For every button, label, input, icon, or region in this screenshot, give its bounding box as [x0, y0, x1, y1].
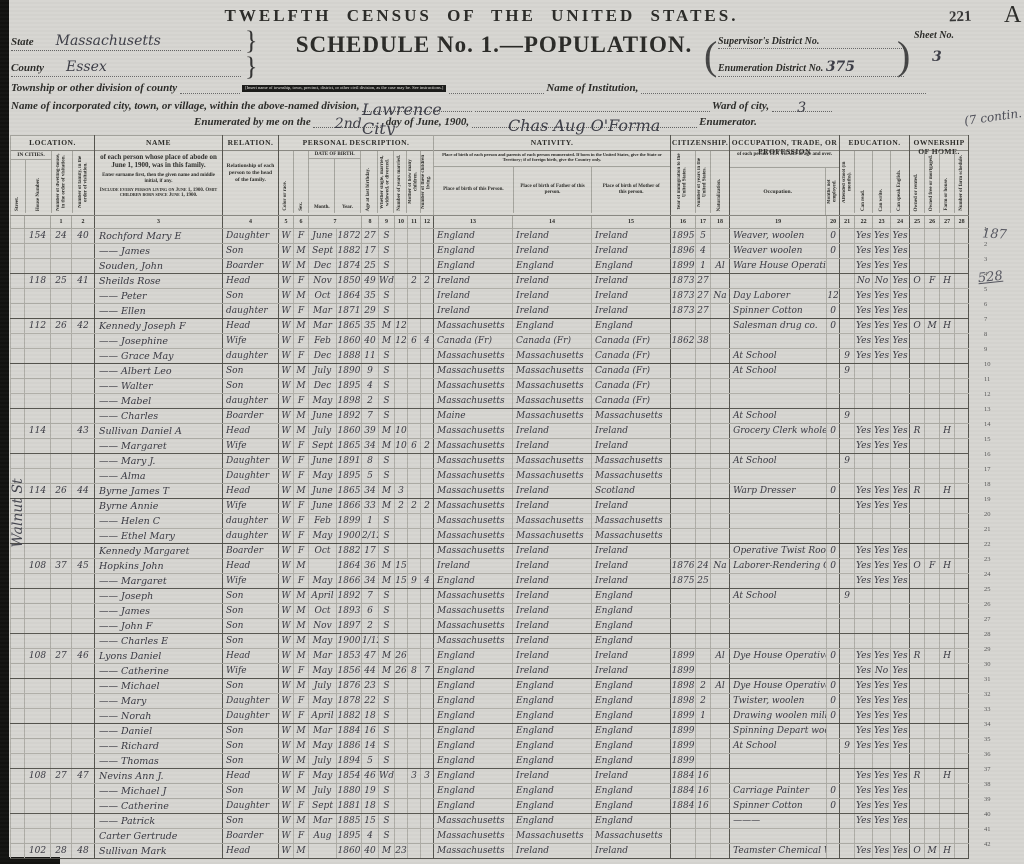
table-cell — [873, 754, 891, 769]
table-cell — [925, 694, 940, 709]
form-header: TWELFTH CENSUS OF THE UNITED STATES. 221… — [9, 0, 1024, 135]
township-row: Township or other division of county [In… — [11, 82, 1021, 94]
table-cell — [395, 274, 408, 289]
table-cell — [711, 619, 730, 634]
table-cell — [72, 784, 95, 799]
table-cell — [11, 754, 25, 769]
table-cell: Ireland — [513, 424, 592, 439]
table-cell — [11, 289, 25, 304]
table-cell — [11, 679, 25, 694]
table-cell: 0 — [827, 799, 840, 814]
table-cell: Ireland — [513, 604, 592, 619]
table-cell — [25, 739, 51, 754]
name-section: NAME of each person whose place of abode… — [95, 136, 223, 216]
table-cell — [51, 259, 72, 274]
table-cell: M — [294, 409, 309, 424]
table-cell — [696, 424, 711, 439]
table-cell: —— James — [95, 244, 223, 259]
table-cell — [51, 334, 72, 349]
table-cell — [855, 829, 873, 844]
census-page: TWELFTH CENSUS OF THE UNITED STATES. 221… — [0, 0, 1024, 864]
table-row: 1182541Sheilds RoseHeadWFNov185049Wd22Ir… — [11, 274, 969, 289]
table-cell: W — [279, 559, 294, 574]
table-cell — [940, 529, 955, 544]
table-cell: Canada (Fr) — [592, 364, 671, 379]
table-cell — [25, 349, 51, 364]
table-cell: May — [309, 469, 337, 484]
table-cell: M — [294, 724, 309, 739]
table-cell — [840, 544, 855, 559]
table-cell: 0 — [827, 304, 840, 319]
table-cell — [671, 319, 696, 334]
line-number: 5 — [978, 286, 1022, 301]
table-cell — [696, 514, 711, 529]
table-cell: Mar — [309, 724, 337, 739]
column-number: 14 — [513, 216, 592, 229]
table-cell — [925, 349, 940, 364]
table-cell — [395, 634, 408, 649]
table-cell: June — [309, 409, 337, 424]
table-cell: 9 — [840, 739, 855, 754]
table-cell: 1880 — [337, 784, 362, 799]
table-cell: Yes — [855, 334, 873, 349]
table-cell: S — [379, 589, 395, 604]
table-cell: 22 — [362, 694, 379, 709]
table-cell: M — [294, 814, 309, 829]
table-cell: W — [279, 424, 294, 439]
table-cell — [51, 679, 72, 694]
line-number: 18 — [978, 481, 1022, 496]
table-cell: Oct — [309, 289, 337, 304]
column-number: 24 — [891, 216, 910, 229]
table-cell: Massachusetts — [592, 469, 671, 484]
table-cell — [696, 409, 711, 424]
table-cell: Sept — [309, 799, 337, 814]
table-cell — [855, 514, 873, 529]
line-number: 9 — [978, 346, 1022, 361]
table-cell: Kennedy Joseph F — [95, 319, 223, 334]
table-cell: Yes — [891, 664, 910, 679]
table-cell — [955, 694, 969, 709]
table-cell: 45 — [72, 559, 95, 574]
table-cell — [11, 259, 25, 274]
table-cell — [421, 619, 434, 634]
table-cell: 114 — [25, 484, 51, 499]
table-cell: 6 — [408, 334, 421, 349]
table-cell — [940, 709, 955, 724]
table-cell: Wd — [379, 769, 395, 784]
table-cell — [891, 394, 910, 409]
table-cell: W — [279, 499, 294, 514]
table-cell: S — [379, 514, 395, 529]
table-cell — [940, 589, 955, 604]
table-cell: Yes — [873, 844, 891, 859]
table-cell — [910, 304, 925, 319]
table-cell — [421, 829, 434, 844]
table-cell — [11, 829, 25, 844]
table-cell: 1882 — [337, 544, 362, 559]
table-cell: July — [309, 754, 337, 769]
table-cell — [940, 499, 955, 514]
table-cell — [395, 544, 408, 559]
table-cell — [671, 439, 696, 454]
table-cell — [855, 364, 873, 379]
table-cell: Yes — [891, 799, 910, 814]
table-cell: Wife — [223, 439, 279, 454]
line-number: 35 — [978, 736, 1022, 751]
table-cell: 9 — [408, 574, 421, 589]
table-cell: Ireland — [592, 664, 671, 679]
table-cell: W — [279, 469, 294, 484]
table-cell: O — [910, 274, 925, 289]
table-cell: 6 — [408, 439, 421, 454]
table-cell — [955, 589, 969, 604]
table-cell: F — [294, 514, 309, 529]
table-cell — [395, 769, 408, 784]
table-cell: W — [279, 679, 294, 694]
table-cell — [696, 754, 711, 769]
column-number: 26 — [925, 216, 940, 229]
owned-rented-col-head: Owned or rented. — [910, 151, 924, 213]
table-cell — [395, 514, 408, 529]
table-cell: S — [379, 409, 395, 424]
table-cell: 1884 — [337, 724, 362, 739]
line-number: 33 — [978, 706, 1022, 721]
table-cell — [395, 604, 408, 619]
line-number: 36 — [978, 751, 1022, 766]
table-cell: Canada (Fr) — [592, 334, 671, 349]
table-cell: Daughter — [223, 709, 279, 724]
table-cell — [840, 634, 855, 649]
table-cell: M — [379, 319, 395, 334]
table-cell: M — [925, 319, 940, 334]
table-cell — [955, 544, 969, 559]
table-cell — [910, 394, 925, 409]
sex-col-head: Sex. — [293, 151, 308, 213]
table-cell — [840, 754, 855, 769]
table-cell — [827, 754, 840, 769]
enumeration-district-field: Enumeration District No. 375 — [718, 59, 904, 77]
table-cell — [891, 409, 910, 424]
table-cell — [395, 244, 408, 259]
table-cell: —— James — [95, 604, 223, 619]
line-number: 10 — [978, 361, 1022, 376]
table-cell: 26 — [51, 484, 72, 499]
table-cell — [408, 259, 421, 274]
relation-title: RELATION. — [223, 136, 278, 151]
table-cell: Son — [223, 754, 279, 769]
table-cell: Yes — [855, 694, 873, 709]
table-cell: Yes — [873, 784, 891, 799]
table-cell: 27 — [51, 649, 72, 664]
table-cell — [395, 724, 408, 739]
table-cell — [421, 784, 434, 799]
line-number: 24 — [978, 571, 1022, 586]
table-cell: Ireland — [592, 559, 671, 574]
table-cell: 24 — [696, 559, 711, 574]
table-cell — [940, 604, 955, 619]
table-cell — [840, 529, 855, 544]
table-cell: Ireland — [513, 244, 592, 259]
table-cell: S — [379, 304, 395, 319]
table-cell — [955, 649, 969, 664]
table-cell: 108 — [25, 769, 51, 784]
table-cell: W — [279, 484, 294, 499]
table-cell: 12 — [827, 289, 840, 304]
table-cell — [873, 409, 891, 424]
table-cell — [827, 259, 840, 274]
table-cell — [940, 679, 955, 694]
table-cell: Dec — [309, 349, 337, 364]
table-cell: Massachusetts — [434, 544, 513, 559]
table-cell — [696, 604, 711, 619]
table-cell: Yes — [891, 319, 910, 334]
table-cell — [910, 694, 925, 709]
table-cell: England — [434, 574, 513, 589]
table-cell — [421, 724, 434, 739]
table-cell — [925, 529, 940, 544]
table-cell — [840, 334, 855, 349]
table-cell — [827, 814, 840, 829]
table-cell — [408, 379, 421, 394]
table-cell: W — [279, 379, 294, 394]
table-cell: F — [294, 334, 309, 349]
table-cell — [925, 514, 940, 529]
table-cell: R — [910, 424, 925, 439]
table-cell: Al — [711, 259, 730, 274]
table-cell: 0 — [827, 484, 840, 499]
table-cell — [408, 319, 421, 334]
table-cell — [955, 304, 969, 319]
table-cell: Carriage Painter — [730, 784, 827, 799]
table-cell — [925, 769, 940, 784]
table-cell — [955, 799, 969, 814]
table-cell: —— Margaret — [95, 439, 223, 454]
enumerator-name: Chas Aug O'Forma — [508, 116, 660, 135]
table-cell: July — [309, 364, 337, 379]
table-cell — [421, 484, 434, 499]
table-cell: England — [434, 739, 513, 754]
table-row: —— EllendaughterWFMar187129SIrelandIrela… — [11, 304, 969, 319]
table-cell: 1856 — [337, 664, 362, 679]
table-cell: 5 — [696, 229, 711, 244]
table-cell: 1898 — [671, 679, 696, 694]
table-cell — [940, 379, 955, 394]
table-cell — [408, 409, 421, 424]
table-cell — [51, 289, 72, 304]
table-cell — [696, 664, 711, 679]
table-cell — [25, 259, 51, 274]
table-cell: W — [279, 409, 294, 424]
margin-handwritten-note-2: 528 — [977, 269, 1003, 287]
table-cell: Ireland — [592, 769, 671, 784]
table-cell — [696, 499, 711, 514]
table-cell: Wife — [223, 499, 279, 514]
house-number-col-head: House Number. — [25, 160, 51, 213]
table-cell: Ireland — [592, 289, 671, 304]
table-cell: 1860 — [337, 334, 362, 349]
table-cell — [51, 529, 72, 544]
table-cell: W — [279, 799, 294, 814]
table-cell: Yes — [873, 649, 891, 664]
table-cell: 7 — [362, 589, 379, 604]
table-cell: M — [379, 664, 395, 679]
table-cell — [51, 439, 72, 454]
table-cell — [827, 619, 840, 634]
table-cell: Ireland — [592, 499, 671, 514]
table-cell: Drawing woolen mill — [730, 709, 827, 724]
table-cell: Yes — [891, 679, 910, 694]
table-cell — [873, 619, 891, 634]
table-cell — [421, 319, 434, 334]
table-cell: S — [379, 619, 395, 634]
column-number: 8 — [362, 216, 379, 229]
table-cell — [421, 409, 434, 424]
table-cell: Weaver woolen — [730, 244, 827, 259]
table-cell: 112 — [25, 319, 51, 334]
table-cell: 1894 — [337, 754, 362, 769]
table-cell — [421, 514, 434, 529]
table-cell: —— Alma — [95, 469, 223, 484]
table-cell: F — [294, 349, 309, 364]
table-cell: 49 — [362, 274, 379, 289]
table-cell: W — [279, 334, 294, 349]
line-number: 16 — [978, 451, 1022, 466]
table-cell: F — [294, 394, 309, 409]
table-cell — [711, 589, 730, 604]
table-row: —— MargaretWifeWFSept186534M1062Massachu… — [11, 439, 969, 454]
table-cell: 0 — [827, 784, 840, 799]
table-cell — [910, 799, 925, 814]
table-cell — [696, 319, 711, 334]
table-cell — [72, 724, 95, 739]
table-cell: 27 — [362, 229, 379, 244]
table-cell: 1860 — [337, 844, 362, 859]
table-cell: 1900 — [337, 634, 362, 649]
table-cell — [72, 574, 95, 589]
table-cell — [696, 394, 711, 409]
table-cell: Yes — [891, 649, 910, 664]
table-cell: Yes — [873, 799, 891, 814]
column-number: 19 — [730, 216, 827, 229]
table-cell — [408, 649, 421, 664]
table-cell — [408, 844, 421, 859]
table-cell: W — [279, 664, 294, 679]
table-cell — [51, 544, 72, 559]
table-cell: —— Richard — [95, 739, 223, 754]
table-cell: Son — [223, 379, 279, 394]
table-cell: —— Mary J. — [95, 454, 223, 469]
table-cell: F — [294, 694, 309, 709]
table-row: —— Michael JSonWMJuly188019SEnglandEngla… — [11, 784, 969, 799]
table-cell: Yes — [891, 694, 910, 709]
table-cell — [51, 709, 72, 724]
table-cell — [940, 664, 955, 679]
table-cell — [711, 274, 730, 289]
table-cell — [873, 469, 891, 484]
table-cell — [25, 304, 51, 319]
table-cell: Feb — [309, 514, 337, 529]
table-cell: Yes — [891, 244, 910, 259]
table-cell: 1884 — [671, 784, 696, 799]
table-cell — [910, 574, 925, 589]
table-cell: S — [379, 784, 395, 799]
table-cell: Son — [223, 364, 279, 379]
table-cell — [910, 409, 925, 424]
table-cell — [408, 589, 421, 604]
column-number: 5 — [279, 216, 294, 229]
table-cell: Ireland — [592, 424, 671, 439]
table-cell: F — [294, 439, 309, 454]
county-label: County — [11, 62, 44, 74]
table-cell — [696, 739, 711, 754]
table-cell: 11 — [362, 349, 379, 364]
table-cell — [51, 724, 72, 739]
table-cell — [711, 769, 730, 784]
table-cell: Daughter — [223, 229, 279, 244]
table-cell — [11, 274, 25, 289]
table-row: 11443Sullivan Daniel AHeadWMJuly186039M1… — [11, 424, 969, 439]
table-cell — [711, 349, 730, 364]
table-cell — [25, 289, 51, 304]
table-row: —— RichardSonWMMay188614SEnglandEnglandE… — [11, 739, 969, 754]
table-cell — [827, 499, 840, 514]
location-title: LOCATION. — [11, 136, 94, 151]
table-cell — [955, 784, 969, 799]
table-cell: M — [294, 424, 309, 439]
table-cell: 102 — [25, 844, 51, 859]
ownership-section: OWNERSHIP OF HOME. Owned or rented. Owne… — [910, 136, 969, 216]
table-cell: 28 — [51, 844, 72, 859]
table-cell: Canada (Fr) — [592, 349, 671, 364]
table-cell: 4 — [421, 334, 434, 349]
table-cell — [730, 574, 827, 589]
table-cell: W — [279, 589, 294, 604]
table-cell: Ireland — [513, 484, 592, 499]
table-cell — [827, 724, 840, 739]
table-cell: S — [379, 379, 395, 394]
table-cell — [955, 319, 969, 334]
table-cell: Yes — [891, 499, 910, 514]
table-cell — [855, 619, 873, 634]
table-cell: 40 — [72, 229, 95, 244]
table-cell — [940, 349, 955, 364]
margin-handwritten-note-1: 187 — [982, 226, 1008, 242]
table-cell — [72, 694, 95, 709]
table-cell — [730, 439, 827, 454]
table-cell — [72, 499, 95, 514]
table-cell: Wd — [379, 274, 395, 289]
table-cell — [940, 439, 955, 454]
table-cell: W — [279, 544, 294, 559]
table-row: —— PatrickSonWMMar188515SMassachusettsEn… — [11, 814, 969, 829]
line-number: 25 — [978, 586, 1022, 601]
table-cell — [25, 814, 51, 829]
table-row: —— JosephineWifeWFFeb186040M1264Canada (… — [11, 334, 969, 349]
table-cell — [72, 739, 95, 754]
line-number: 6 — [978, 301, 1022, 316]
table-cell: 4 — [421, 574, 434, 589]
location-section: LOCATION. IN CITIES. Street. House Numbe… — [11, 136, 95, 216]
table-cell — [827, 349, 840, 364]
table-cell — [955, 229, 969, 244]
table-cell: Al — [711, 649, 730, 664]
table-cell: Yes — [873, 814, 891, 829]
table-cell: Weaver, woolen — [730, 229, 827, 244]
table-row: —— CatherineDaughterWFSept188118SEngland… — [11, 799, 969, 814]
column-number: 6 — [294, 216, 309, 229]
township-line2 — [449, 82, 544, 94]
